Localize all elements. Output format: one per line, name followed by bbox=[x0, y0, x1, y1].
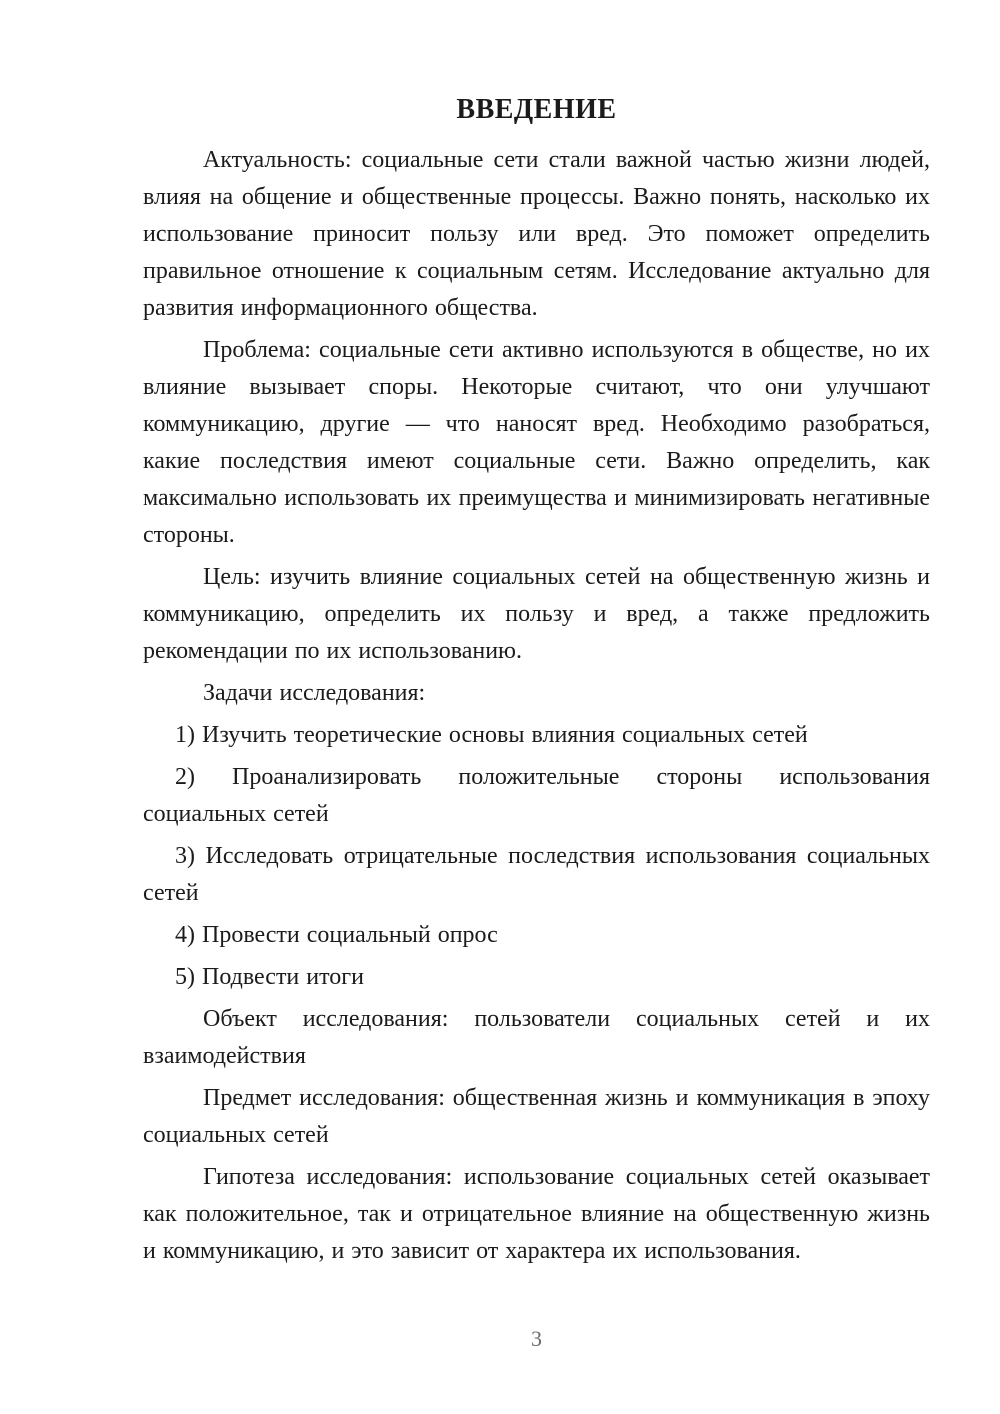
task-list-item-5: 5) Подвести итоги bbox=[143, 959, 930, 996]
paragraph-hypothesis: Гипотеза исследования: использование соц… bbox=[143, 1159, 930, 1270]
paragraph-problem: Проблема: социальные сети активно исполь… bbox=[143, 332, 930, 554]
page-title: ВВЕДЕНИЕ bbox=[143, 95, 930, 125]
task-list-item-1: 1) Изучить теоретические основы влияния … bbox=[143, 717, 930, 754]
tasks-heading: Задачи исследования: bbox=[143, 675, 930, 712]
task-list-item-4: 4) Провести социальный опрос bbox=[143, 917, 930, 954]
paragraph-relevance: Актуальность: социальные сети стали важн… bbox=[143, 142, 930, 327]
paragraph-object: Объект исследования: пользователи социал… bbox=[143, 1001, 930, 1075]
paragraph-goal: Цель: изучить влияние социальных сетей н… bbox=[143, 559, 930, 670]
task-list-item-2: 2) Проанализировать положительные сторон… bbox=[143, 759, 930, 833]
document-page: ВВЕДЕНИЕ Актуальность: социальные сети с… bbox=[0, 0, 1000, 1414]
document-content: ВВЕДЕНИЕ Актуальность: социальные сети с… bbox=[143, 95, 930, 1275]
paragraph-subject: Предмет исследования: общественная жизнь… bbox=[143, 1080, 930, 1154]
task-list-item-3: 3) Исследовать отрицательные последствия… bbox=[143, 838, 930, 912]
page-number: 3 bbox=[143, 1326, 930, 1352]
